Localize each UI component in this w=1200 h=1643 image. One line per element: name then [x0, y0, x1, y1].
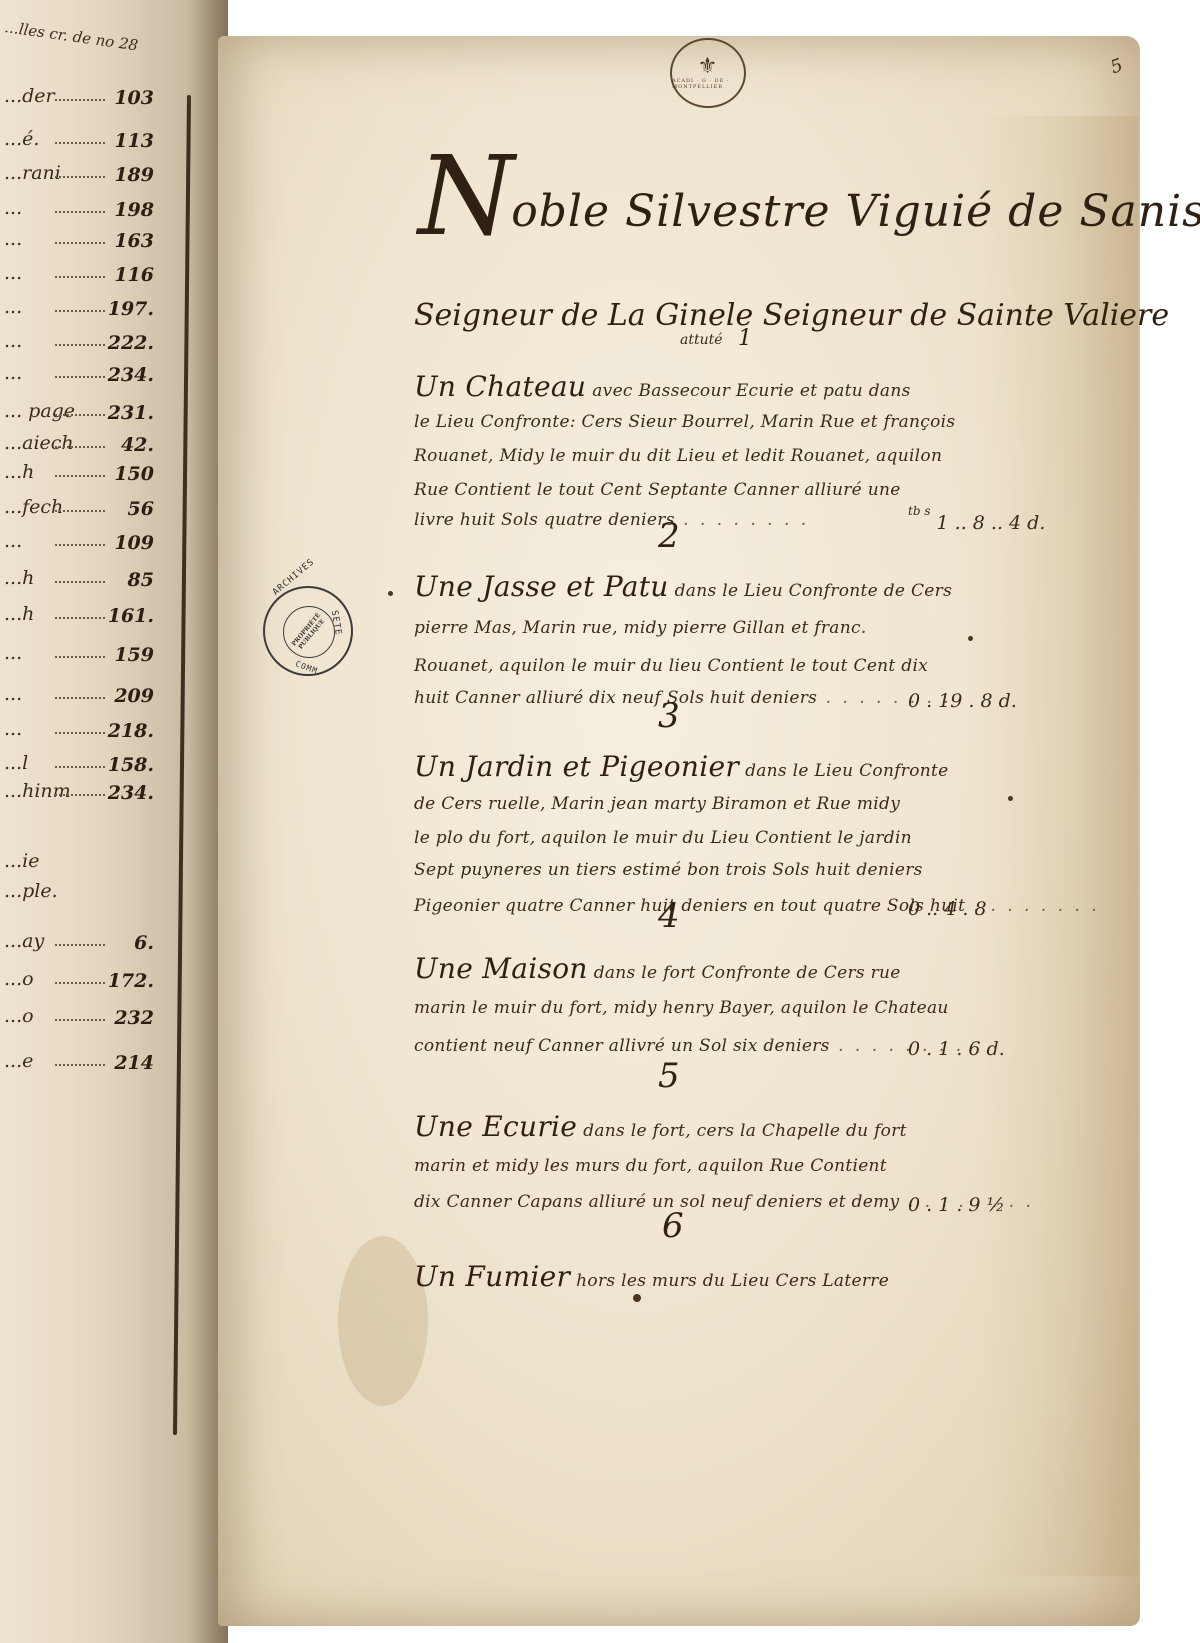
index-row: ...197. — [0, 296, 160, 320]
leader-dots: . . . . . . . . — [675, 510, 809, 530]
index-entry-fragment: ... — [4, 718, 22, 740]
entry-text: Pigeonier quatre Canner huit deniers en … — [414, 896, 965, 916]
leader-dots — [55, 944, 105, 946]
valuation-amount: 1 .. 8 .. 4 d. — [937, 512, 1046, 534]
index-row: ...l158. — [0, 752, 160, 776]
entry-text: marin et midy les murs du fort, aquilon … — [414, 1156, 887, 1176]
index-row: ...234. — [0, 362, 160, 386]
entry-heading-line: Un Fumierhors les murs du Lieu Cers Late… — [414, 1260, 889, 1293]
index-entry-fragment: ...o — [4, 968, 34, 990]
leader-dots — [55, 697, 105, 699]
entry-text-line: Rouanet, aquilon le muir du lieu Contien… — [414, 656, 928, 676]
index-row: ...198 — [0, 197, 160, 221]
entry-text: dans le fort Confronte de Cers rue — [594, 963, 901, 983]
left-page-index: ...lles cr. de no 28 ...der103...é.113..… — [0, 0, 228, 1643]
leader-dots — [55, 766, 105, 768]
folio-mark: 5 — [1107, 55, 1125, 79]
entry-lead-term: Une Jasse et Patu — [414, 570, 669, 603]
ink-spot — [1008, 796, 1013, 801]
index-entry-fragment: ... — [4, 296, 22, 318]
index-entry-fragment: ... — [4, 330, 22, 352]
document-subtitle: Seigneur de La Ginele Seigneur de Sainte… — [414, 298, 1169, 333]
index-page-number: 42. — [121, 434, 154, 456]
entry-text: dans le Lieu Confronte de Cers — [675, 581, 953, 601]
index-row: ...109 — [0, 530, 160, 554]
entry-text: dix Canner Capans alliuré un sol neuf de… — [414, 1192, 899, 1212]
index-row: ...218. — [0, 718, 160, 742]
valuation-amount: 0 . 1 . 9 ½ — [908, 1194, 1005, 1216]
entry-valuation: 0 . 1 . 6 d. — [908, 1030, 1005, 1060]
open-ledger-photo: ...lles cr. de no 28 ...der103...é.113..… — [0, 0, 1200, 1643]
seal-emblem: ⚜ ACADI · G · DE · MONTPELLIER — [670, 38, 746, 108]
index-row: ...209 — [0, 683, 160, 707]
entry-heading-line: Un Chateauavec Bassecour Ecurie et patu … — [414, 370, 911, 403]
leader-dots — [55, 344, 105, 346]
entry-valuation: 0 . 1 . 9 ½ — [908, 1186, 1005, 1216]
entry-valuation: tb s 1 .. 8 .. 4 d. — [908, 504, 1045, 534]
leader-dots — [55, 617, 105, 619]
index-page-number: 231. — [108, 402, 154, 424]
entry-text-line: contient neuf Canner allivré un Sol six … — [414, 1036, 964, 1056]
index-row: ...fech56 — [0, 496, 160, 520]
currency-unit: tb s — [908, 504, 930, 518]
edge-discoloration — [978, 116, 1138, 1576]
entry-text: dans le fort, cers la Chapelle du fort — [583, 1121, 907, 1141]
title-initial: N — [418, 132, 515, 260]
index-page-number: 214 — [114, 1052, 154, 1074]
valuation-amount: 0 . 1 . 6 d. — [908, 1038, 1005, 1060]
index-page-number: 150 — [114, 463, 154, 485]
entry-text-line: marin le muir du fort, midy henry Bayer,… — [414, 998, 949, 1018]
entry-text: le Lieu Confronte: Cers Sieur Bourrel, M… — [414, 412, 955, 432]
entry-text-line: pierre Mas, Marin rue, midy pierre Gilla… — [414, 618, 867, 638]
index-row: ...ple. — [0, 880, 160, 904]
stamp-center: PROPRIÉTÉ PUBLIQUE — [272, 595, 345, 668]
index-page-number: 113 — [114, 130, 154, 152]
archives-stamp: ARCHIVES SETE COMM PROPRIÉTÉ PUBLIQUE — [263, 586, 353, 676]
entry-number: 4 — [658, 896, 680, 936]
index-row: ...163 — [0, 228, 160, 252]
entry-number: 6 — [662, 1206, 684, 1246]
entry-text-line: marin et midy les murs du fort, aquilon … — [414, 1156, 887, 1176]
index-page-number: 172. — [108, 970, 154, 992]
entry-text: Sept puyneres un tiers estimé bon trois … — [414, 860, 923, 880]
entry-text-line: Rue Contient le tout Cent Septante Canne… — [414, 480, 901, 500]
leader-dots — [55, 242, 105, 244]
index-entry-fragment: ...fech — [4, 496, 63, 518]
leader-dots — [55, 446, 105, 448]
entry-number: 5 — [658, 1056, 680, 1096]
entry-text: dans le Lieu Confronte — [745, 761, 948, 781]
entry-heading-line: Une Maisondans le fort Confronte de Cers… — [414, 952, 901, 985]
index-entry-fragment: ... — [4, 683, 22, 705]
index-row: ...ay6. — [0, 930, 160, 954]
index-entry-fragment: ... page — [4, 400, 75, 422]
entry-text: de Cers ruelle, Marin jean marty Biramon… — [414, 794, 900, 814]
valuation-amount: 0 .. 4 . 8 — [908, 898, 987, 920]
index-row: ...222. — [0, 330, 160, 354]
index-entry-fragment: ... — [4, 362, 22, 384]
entry-text-line: le plo du fort, aquilon le muir du Lieu … — [414, 828, 912, 848]
entry-lead-term: Un Jardin et Pigeonier — [414, 750, 739, 783]
index-row: ...o232 — [0, 1005, 160, 1029]
index-page-number: 197. — [108, 298, 154, 320]
index-row: ...hinm234. — [0, 780, 160, 804]
index-entry-fragment: ...e — [4, 1050, 33, 1072]
index-entry-fragment: ...rani — [4, 162, 61, 184]
leader-dots — [55, 211, 105, 213]
index-page-number: 56 — [128, 498, 154, 520]
index-row: ...116 — [0, 262, 160, 286]
entry-annotation: attuté — [680, 332, 723, 348]
index-row: ...o172. — [0, 968, 160, 992]
entry-lead-term: Un Chateau — [414, 370, 586, 403]
index-page-number: 198 — [114, 199, 154, 221]
entry-number: 1 — [738, 326, 752, 351]
leader-dots — [55, 376, 105, 378]
leader-dots — [55, 176, 105, 178]
leader-dots — [55, 99, 105, 101]
index-row: ...h150 — [0, 461, 160, 485]
index-entry-fragment: ...ple. — [4, 880, 58, 902]
leader-dots — [55, 1019, 105, 1021]
index-page-number: 209 — [114, 685, 154, 707]
index-row: ...é.113 — [0, 128, 160, 152]
entry-heading-line: Une Ecuriedans le fort, cers la Chapelle… — [414, 1110, 907, 1143]
index-row: ...h161. — [0, 603, 160, 627]
index-entry-fragment: ...l — [4, 752, 28, 774]
stamp-ring-bottom: COMM — [294, 659, 319, 675]
entry-text: livre huit Sols quatre deniers — [414, 510, 675, 530]
index-entry-fragment: ...ay — [4, 930, 44, 952]
ink-spot — [388, 591, 393, 596]
leader-dots — [55, 142, 105, 144]
ink-spot — [968, 636, 973, 641]
index-entry-fragment: ...h — [4, 461, 34, 483]
leader-dots — [55, 982, 105, 984]
entry-heading-line: Un Jardin et Pigeonierdans le Lieu Confr… — [414, 750, 948, 783]
index-page-number: 234. — [108, 782, 154, 804]
index-row: ... page231. — [0, 400, 160, 424]
leader-dots — [55, 656, 105, 658]
index-entry-fragment: ...é. — [4, 128, 39, 150]
index-entry-fragment: ... — [4, 530, 22, 552]
leader-dots — [55, 310, 105, 312]
entry-lead-term: Un Fumier — [414, 1260, 570, 1293]
leader-dots — [55, 414, 105, 416]
entry-number: 3 — [658, 696, 680, 736]
entry-text: le plo du fort, aquilon le muir du Lieu … — [414, 828, 912, 848]
leader-dots — [55, 581, 105, 583]
index-page-number: 163 — [114, 230, 154, 252]
entry-text: huit Canner alliuré dix neuf Sols huit d… — [414, 688, 817, 708]
index-page-number: 218. — [108, 720, 154, 742]
entry-valuation: 0 .. 4 . 8 — [908, 890, 987, 920]
index-row: ...ie — [0, 850, 160, 874]
index-page-number: 103 — [114, 87, 154, 109]
index-page-number: 109 — [114, 532, 154, 554]
index-row: ...der103 — [0, 85, 160, 109]
index-page-number: 222. — [108, 332, 154, 354]
index-page-number: 232 — [114, 1007, 154, 1029]
entry-lead-term: Une Ecurie — [414, 1110, 577, 1143]
index-row: ...rani189 — [0, 162, 160, 186]
entry-text-line: Pigeonier quatre Canner huit deniers en … — [414, 896, 1100, 916]
leader-dots — [55, 544, 105, 546]
index-page-number: 189 — [114, 164, 154, 186]
entry-number: 2 — [658, 516, 680, 556]
entry-text: Rouanet, Midy le muir du dit Lieu et led… — [414, 446, 942, 466]
index-entry-fragment: ... — [4, 642, 22, 664]
index-entry-fragment: ...h — [4, 603, 34, 625]
index-row: ...e214 — [0, 1050, 160, 1074]
document-title: Noble Silvestre Viguié de Sanis — [418, 186, 1200, 237]
leader-dots — [55, 794, 105, 796]
right-page-manuscript: ⚜ ACADI · G · DE · MONTPELLIER 5 ARCHIVE… — [218, 36, 1140, 1626]
index-entry-fragment: ...ie — [4, 850, 39, 872]
entry-valuation: 0 . 19 . 8 d. — [908, 682, 1017, 712]
entry-lead-term: Une Maison — [414, 952, 588, 985]
entry-text-line: Sept puyneres un tiers estimé bon trois … — [414, 860, 923, 880]
entry-text: Rue Contient le tout Cent Septante Canne… — [414, 480, 901, 500]
entry-text: marin le muir du fort, midy henry Bayer,… — [414, 998, 949, 1018]
index-page-number: 6. — [134, 932, 154, 954]
leader-dots — [55, 732, 105, 734]
entry-text: pierre Mas, Marin rue, midy pierre Gilla… — [414, 618, 867, 638]
title-rest: oble Silvestre Viguié de Sanis — [511, 186, 1200, 237]
entry-text-line: huit Canner alliuré dix neuf Sols huit d… — [414, 688, 952, 708]
index-entry-fragment: ...h — [4, 567, 34, 589]
entry-text-line: le Lieu Confronte: Cers Sieur Bourrel, M… — [414, 412, 955, 432]
entry-heading-line: Une Jasse et Patudans le Lieu Confronte … — [414, 570, 952, 603]
index-entry-fragment: ...aiech — [4, 432, 74, 454]
index-row: ...aiech42. — [0, 432, 160, 456]
index-entry-fragment: ...o — [4, 1005, 34, 1027]
stamp-ring-top: ARCHIVES — [271, 557, 317, 598]
entry-text: avec Bassecour Ecurie et patu dans — [592, 381, 910, 401]
entry-text-line: de Cers ruelle, Marin jean marty Biramon… — [414, 794, 900, 814]
index-page-number: 158. — [108, 754, 154, 776]
entry-text: contient neuf Canner allivré un Sol six … — [414, 1036, 830, 1056]
valuation-amount: 0 . 19 . 8 d. — [908, 690, 1017, 712]
index-entry-fragment: ... — [4, 228, 22, 250]
leader-dots — [55, 1064, 105, 1066]
seal-ring-text: ACADI · G · DE · MONTPELLIER — [672, 78, 744, 90]
index-row: ...h85 — [0, 567, 160, 591]
ink-spot — [633, 1294, 641, 1302]
leader-dots — [55, 475, 105, 477]
index-row: ...159 — [0, 642, 160, 666]
leader-dots — [55, 510, 105, 512]
index-page-number: 159 — [114, 644, 154, 666]
entry-text: hors les murs du Lieu Cers Laterre — [576, 1271, 889, 1291]
seal-monogram-icon: ⚜ — [698, 56, 719, 78]
entry-text-line: Rouanet, Midy le muir du dit Lieu et led… — [414, 446, 942, 466]
index-entry-fragment: ...hinm — [4, 780, 71, 802]
index-entry-fragment: ... — [4, 197, 22, 219]
leader-dots — [55, 276, 105, 278]
index-page-number: 85 — [128, 569, 154, 591]
entry-text: Rouanet, aquilon le muir du lieu Contien… — [414, 656, 928, 676]
index-page-number: 116 — [114, 264, 154, 286]
entry-text-line: livre huit Sols quatre deniers . . . . .… — [414, 510, 809, 530]
index-page-number: 161. — [108, 605, 154, 627]
index-entry-fragment: ...der — [4, 85, 55, 107]
index-page-number: 234. — [108, 364, 154, 386]
index-entry-fragment: ... — [4, 262, 22, 284]
